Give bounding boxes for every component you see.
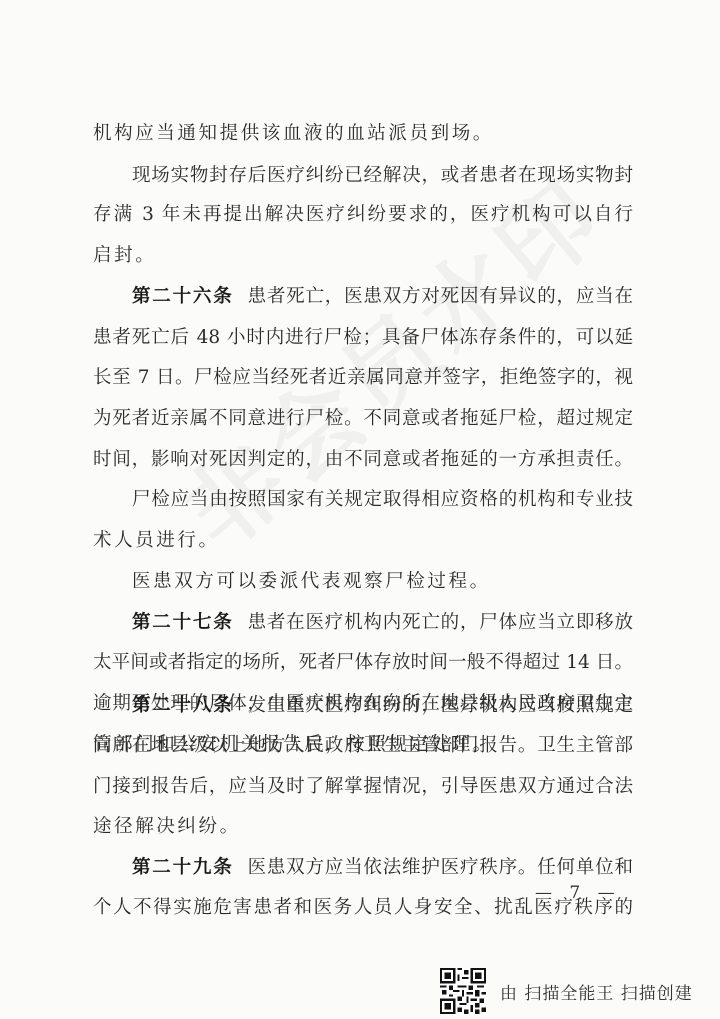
scanner-footer: 由 扫描全能王 扫描创建	[440, 968, 693, 1014]
article-heading: 第二十六条	[132, 286, 234, 307]
text-line: 患者死亡后 48 小时内进行尸检；具备尸体冻存条件的，可以延	[93, 326, 633, 350]
article-26-line: 第二十六条患者死亡，医患双方对死因有异议的，应当在	[132, 285, 633, 309]
scanner-credit: 由 扫描全能王 扫描创建	[500, 979, 693, 1004]
text-line: 存满 3 年未再提出解决医疗纠纷要求的，医疗机构可以自行	[93, 203, 633, 227]
text-line: 门接到报告后，应当及时了解掌握情况，引导医患双方通过合法	[93, 775, 633, 799]
text-line: 太平间或者指定的场所，死者尸体存放时间一般不得超过 14 日。	[93, 651, 633, 675]
text-line: 时间，影响对死因判定的，由不同意或者拖延的一方承担责任。	[93, 448, 633, 472]
article-heading: 第二十七条	[132, 612, 234, 633]
article-29-line: 第二十九条医患双方应当依法维护医疗秩序。任何单位和	[132, 856, 633, 880]
text-line: 现场实物封存后医疗纠纷已经解决，或者患者在现场实物封	[132, 164, 633, 188]
article-heading: 第二十八条	[132, 695, 234, 716]
qr-code-icon	[440, 968, 486, 1014]
article-27-line: 第二十七条患者在医疗机构内死亡的，尸体应当立即移放	[132, 611, 633, 635]
page-number: — 7 —	[535, 883, 621, 903]
text-line: 术人员进行。	[93, 529, 633, 553]
text-line: 长至 7 日。尸检应当经死者近亲属同意并签字，拒绝签字的，视	[93, 366, 633, 390]
text-line: 启封。	[93, 244, 633, 268]
text-line: 医患双方可以委派代表观察尸检过程。	[132, 570, 672, 594]
text-line: 向所在地县级以上地方人民政府卫生主管部门报告。卫生主管部	[93, 734, 633, 758]
document-page: 非会员水印 机构应当通知提供该血液的血站派员到场。 现场实物封存后医疗纠纷已经解…	[0, 0, 720, 1019]
text-line: 机构应当通知提供该血液的血站派员到场。	[93, 122, 633, 146]
text-line: 尸检应当由按照国家有关规定取得相应资格的机构和专业技	[132, 488, 633, 512]
article-28-line: 第二十八条发生重大医疗纠纷的，医疗机构应当按照规定	[132, 694, 633, 718]
text-line: 为死者近亲属不同意进行尸检。不同意或者拖延尸检，超过规定	[93, 407, 633, 431]
article-heading: 第二十九条	[132, 857, 234, 878]
text-line: 途径解决纠纷。	[93, 815, 633, 839]
